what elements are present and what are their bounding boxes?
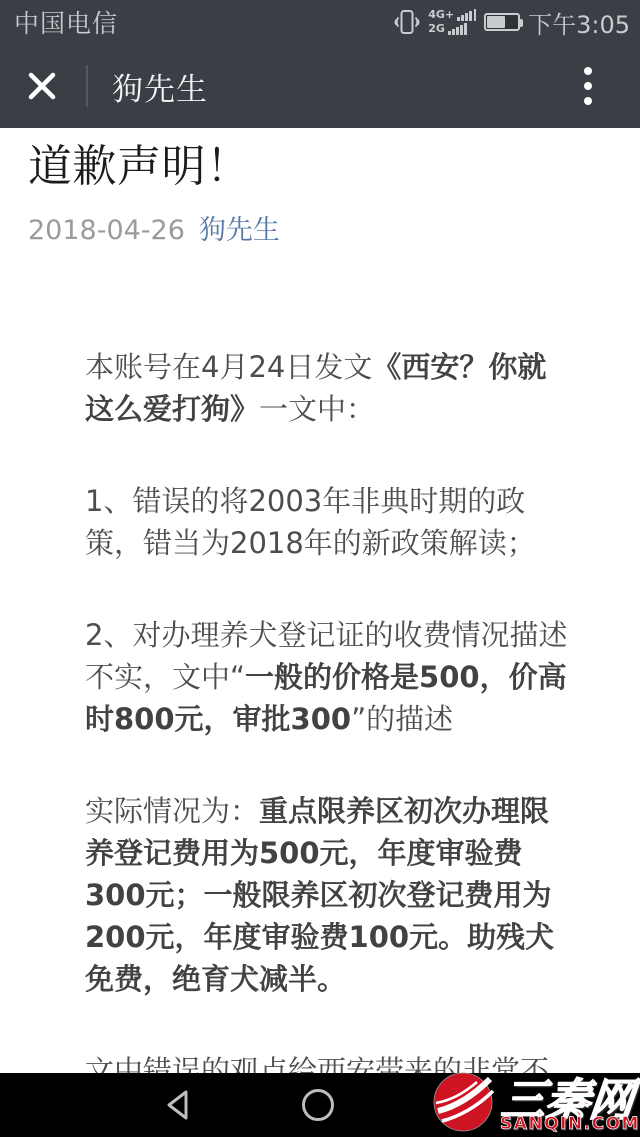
titlebar-divider [86,65,88,107]
sanqin-logo-icon [432,1070,496,1134]
app-bar: 狗先生 [0,44,640,128]
vibrate-icon [394,8,420,36]
article-paragraph: 1、错误的将2003年非典时期的政策，错当为2018年的新政策解读； [85,480,570,564]
signal-icon: 4G+ 2G [428,9,476,35]
battery-fill [487,16,505,28]
nav-back-icon [164,1088,192,1122]
signal-bars-top [457,9,476,21]
status-bar: 中国电信 4G+ 2G [0,0,640,44]
article-title: 道歉声明！ [28,141,640,193]
article-meta: 2018-04-26狗先生 [28,215,640,247]
article-paragraph: 2、对办理养犬登记证的收费情况描述不实，文中“一般的价格是500，价高时800元… [85,614,570,740]
nav-back-button[interactable] [150,1073,206,1137]
close-button[interactable] [24,68,60,104]
battery-icon [484,13,520,31]
sanqin-watermark: 三秦网 SANQIN.COM [424,1068,640,1136]
article-body: 本账号在4月24日发文《西安？你就这么爱打狗》一文中：1、错误的将2003年非典… [85,346,570,1092]
carrier-label: 中国电信 [14,4,118,40]
article-paragraph: 实际情况为：重点限养区初次办理限养登记费用为500元，年度审验费300元；一般限… [85,790,570,1000]
header: 中国电信 4G+ 2G [0,0,640,128]
network-type-bottom: 2G [428,23,445,35]
article-paragraph: 本账号在4月24日发文《西安？你就这么爱打狗》一文中： [85,346,570,430]
signal-bars-bottom [448,23,467,35]
nav-home-button[interactable] [290,1073,346,1137]
status-time: 下午3:05 [528,5,630,40]
more-menu-button[interactable] [578,61,598,111]
battery-nub [520,19,523,27]
more-menu-icon [584,67,592,75]
page-title: 狗先生 [112,64,208,109]
nav-home-icon [300,1087,336,1123]
phone-screen: 中国电信 4G+ 2G [0,0,640,1137]
close-icon [25,69,59,103]
article-author-link[interactable]: 狗先生 [199,215,280,246]
sanqin-domain: SANQIN.COM [500,1114,640,1134]
status-icons: 4G+ 2G 下午3:05 [394,5,630,40]
article-date: 2018-04-26 [28,215,185,246]
network-type-top: 4G+ [428,9,454,21]
article: 道歉声明！ 2018-04-26狗先生 本账号在4月24日发文《西安？你就这么爱… [0,128,640,1137]
